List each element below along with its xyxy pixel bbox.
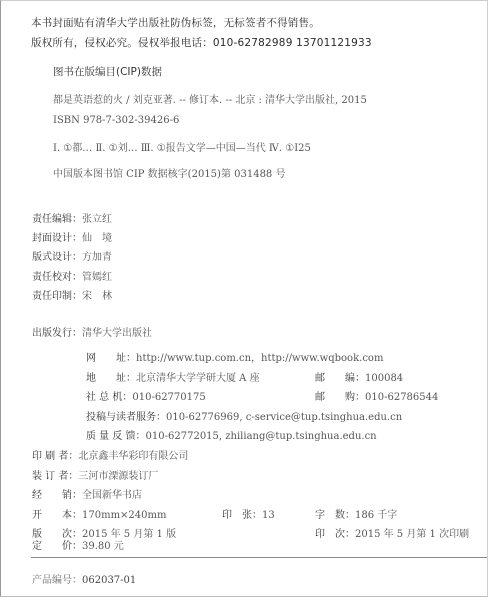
format-value: 170mm×240mm xyxy=(82,510,166,521)
website-value[interactable]: http://www.tup.com.cn，http://www.wqbook.… xyxy=(136,353,383,364)
sheets-row: 印 张：13 xyxy=(222,503,275,522)
words-value: 186 千字 xyxy=(355,510,397,521)
cip-verification: 中国版本图书馆 CIP 数据核字(2015)第 031488 号 xyxy=(53,165,285,180)
credit-label: 责任校对： xyxy=(32,272,82,283)
mail-order-row: 邮 购：010-62786544 xyxy=(315,385,438,404)
product-code-value: 062037-01 xyxy=(82,575,136,586)
quality-feedback-row: 质 量 反 馈：010-62772015, zhiliang@tup.tsing… xyxy=(86,424,377,443)
credit-label: 版式设计： xyxy=(32,252,82,263)
distributor-row: 经 销：全国新华书店 xyxy=(32,483,142,502)
price-label: 定 价： xyxy=(32,541,82,552)
credit-editor: 责任编辑：张立红 xyxy=(32,207,112,226)
website-label: 网 址： xyxy=(86,353,136,364)
mail-order-value: 010-62786544 xyxy=(365,392,438,403)
price-value: 39.80 元 xyxy=(82,541,124,552)
credit-value: 方加青 xyxy=(82,252,112,263)
product-code-row: 产品编号：062037-01 xyxy=(32,568,136,587)
reader-service-label: 投稿与读者服务： xyxy=(86,412,166,423)
postcode-label: 邮 编： xyxy=(315,373,365,384)
sheets-value: 13 xyxy=(262,510,275,521)
words-row: 字 数：186 千字 xyxy=(315,503,397,522)
printing-row: 印 次：2015 年 5 月第 1 次印刷 xyxy=(315,522,469,541)
postcode-row: 邮 编：100084 xyxy=(315,366,403,385)
credit-label: 责任印制： xyxy=(32,291,82,302)
credit-printing-supervisor: 责任印制：宋 林 xyxy=(32,284,112,303)
publisher-row: 出版发行：清华大学出版社 xyxy=(32,321,152,340)
sheets-label: 印 张： xyxy=(222,510,262,521)
switchboard-label: 社 总 机： xyxy=(86,392,132,403)
words-label: 字 数： xyxy=(315,510,355,521)
printing-value: 2015 年 5 月第 1 次印刷 xyxy=(355,529,469,540)
mail-order-label: 邮 购： xyxy=(315,392,365,403)
credit-value: 宋 林 xyxy=(82,291,112,302)
credit-value: 仙 境 xyxy=(82,233,112,244)
format-row: 开 本：170mm×240mm xyxy=(32,503,166,522)
binder-label: 装 订 者： xyxy=(32,471,78,482)
credit-label: 封面设计： xyxy=(32,233,82,244)
address-row: 地 址：北京清华大学学研大厦 A 座 xyxy=(86,366,260,385)
reader-service-value: 010-62776969, c-service@tup.tsinghua.edu… xyxy=(166,412,402,423)
address-label: 地 址： xyxy=(86,373,136,384)
credit-value: 张立红 xyxy=(82,214,112,225)
distributor-label: 经 销： xyxy=(32,490,82,501)
cip-classification: Ⅰ. ①都… Ⅱ. ①刘… Ⅲ. ①报告文学—中国—当代 Ⅳ. ①I25 xyxy=(53,139,311,154)
credit-layout-design: 版式设计：方加青 xyxy=(32,245,112,264)
publisher-value: 清华大学出版社 xyxy=(82,328,152,339)
credit-value: 管嫣红 xyxy=(82,272,112,283)
copyright-page: 本书封面贴有清华大学出版社防伪标签，无标签者不得销售。 版权所有，侵权必究。侵权… xyxy=(0,0,488,597)
quality-feedback-value: 010-62772015, zhiliang@tup.tsinghua.edu.… xyxy=(146,431,377,442)
price-row: 定 价：39.80 元 xyxy=(32,534,124,553)
switchboard-value: 010-62770175 xyxy=(132,392,205,403)
cip-record: 都是英语惹的火 / 刘克亚著. -- 修订本. -- 北京 : 清华大学出版社,… xyxy=(53,91,367,106)
cip-title: 图书在版编目(CIP)数据 xyxy=(53,64,162,79)
printer-label: 印 刷 者： xyxy=(32,451,78,462)
binder-row: 装 订 者：三河市溧源装订厂 xyxy=(32,464,158,483)
product-code-label: 产品编号： xyxy=(32,575,82,586)
credit-cover-design: 封面设计：仙 境 xyxy=(32,226,112,245)
distributor-value: 全国新华书店 xyxy=(82,490,142,501)
website-row: 网 址：http://www.tup.com.cn，http://www.wqb… xyxy=(86,346,383,365)
credit-proofreader: 责任校对：管嫣红 xyxy=(32,265,112,284)
copyright-notice: 版权所有，侵权必究。侵权举报电话：010-62782989 1370112193… xyxy=(31,35,372,50)
printing-label: 印 次： xyxy=(315,529,355,540)
cip-isbn: ISBN 978-7-302-39426-6 xyxy=(53,115,179,126)
printer-row: 印 刷 者：北京鑫丰华彩印有限公司 xyxy=(32,444,188,463)
address-value: 北京清华大学学研大厦 A 座 xyxy=(136,373,260,384)
binder-value: 三河市溧源装订厂 xyxy=(78,471,158,482)
format-label: 开 本： xyxy=(32,510,82,521)
anti-counterfeit-notice: 本书封面贴有清华大学出版社防伪标签，无标签者不得销售。 xyxy=(31,15,320,30)
postcode-value: 100084 xyxy=(365,373,403,384)
publisher-label: 出版发行： xyxy=(32,328,82,339)
reader-service-row: 投稿与读者服务：010-62776969, c-service@tup.tsin… xyxy=(86,405,402,424)
quality-feedback-label: 质 量 反 馈： xyxy=(86,431,146,442)
credit-label: 责任编辑： xyxy=(32,214,82,225)
printer-value: 北京鑫丰华彩印有限公司 xyxy=(78,451,188,462)
divider-line xyxy=(31,557,487,558)
switchboard-row: 社 总 机：010-62770175 xyxy=(86,385,206,404)
